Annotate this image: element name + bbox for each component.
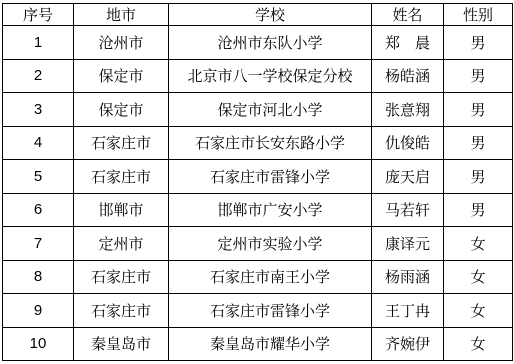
cell-city: 邯郸市 [74, 193, 169, 227]
cell-seq: 7 [3, 227, 74, 261]
cell-gender: 男 [444, 126, 513, 160]
cell-seq: 6 [3, 193, 74, 227]
cell-seq: 2 [3, 59, 74, 93]
cell-name: 杨雨涵 [372, 260, 444, 294]
table-row: 3 保定市 保定市河北小学 张意翔 男 [3, 93, 513, 127]
cell-school: 石家庄市长安东路小学 [169, 126, 372, 160]
cell-seq: 10 [3, 327, 74, 361]
cell-name: 马若轩 [372, 193, 444, 227]
cell-school: 石家庄市雷锋小学 [169, 294, 372, 328]
cell-name: 庞天启 [372, 160, 444, 194]
header-name: 姓名 [372, 4, 444, 26]
header-school: 学校 [169, 4, 372, 26]
table-header-row: 序号 地市 学校 姓名 性别 [3, 4, 513, 26]
header-gender: 性别 [444, 4, 513, 26]
cell-school: 北京市八一学校保定分校 [169, 59, 372, 93]
table-row: 9 石家庄市 石家庄市雷锋小学 王丁冉 女 [3, 294, 513, 328]
cell-gender: 男 [444, 59, 513, 93]
cell-gender: 女 [444, 260, 513, 294]
cell-school: 保定市河北小学 [169, 93, 372, 127]
page: 序号 地市 学校 姓名 性别 1 沧州市 沧州市东队小学 郑 晨 男 2 保定市… [0, 0, 514, 364]
cell-city: 保定市 [74, 59, 169, 93]
cell-city: 秦皇岛市 [74, 327, 169, 361]
cell-school: 石家庄市南王小学 [169, 260, 372, 294]
cell-city: 定州市 [74, 227, 169, 261]
cell-gender: 女 [444, 294, 513, 328]
table-row: 1 沧州市 沧州市东队小学 郑 晨 男 [3, 26, 513, 60]
cell-gender: 男 [444, 93, 513, 127]
cell-city: 石家庄市 [74, 260, 169, 294]
cell-school: 石家庄市雷锋小学 [169, 160, 372, 194]
table-row: 2 保定市 北京市八一学校保定分校 杨皓涵 男 [3, 59, 513, 93]
cell-city: 沧州市 [74, 26, 169, 60]
student-roster-table: 序号 地市 学校 姓名 性别 1 沧州市 沧州市东队小学 郑 晨 男 2 保定市… [2, 3, 513, 361]
cell-name: 王丁冉 [372, 294, 444, 328]
cell-name: 杨皓涵 [372, 59, 444, 93]
cell-city: 保定市 [74, 93, 169, 127]
cell-city: 石家庄市 [74, 126, 169, 160]
cell-name: 齐婉伊 [372, 327, 444, 361]
table-row: 5 石家庄市 石家庄市雷锋小学 庞天启 男 [3, 160, 513, 194]
cell-name: 郑 晨 [372, 26, 444, 60]
cell-city: 石家庄市 [74, 294, 169, 328]
cell-seq: 3 [3, 93, 74, 127]
cell-seq: 5 [3, 160, 74, 194]
cell-gender: 男 [444, 160, 513, 194]
header-seq: 序号 [3, 4, 74, 26]
table-row: 10 秦皇岛市 秦皇岛市耀华小学 齐婉伊 女 [3, 327, 513, 361]
cell-school: 秦皇岛市耀华小学 [169, 327, 372, 361]
cell-name: 仇俊皓 [372, 126, 444, 160]
cell-seq: 4 [3, 126, 74, 160]
table-row: 4 石家庄市 石家庄市长安东路小学 仇俊皓 男 [3, 126, 513, 160]
table-row: 6 邯郸市 邯郸市广安小学 马若轩 男 [3, 193, 513, 227]
cell-seq: 1 [3, 26, 74, 60]
cell-gender: 女 [444, 327, 513, 361]
cell-name: 张意翔 [372, 93, 444, 127]
cell-school: 沧州市东队小学 [169, 26, 372, 60]
cell-name: 康译元 [372, 227, 444, 261]
cell-gender: 男 [444, 193, 513, 227]
cell-city: 石家庄市 [74, 160, 169, 194]
cell-seq: 8 [3, 260, 74, 294]
cell-school: 邯郸市广安小学 [169, 193, 372, 227]
header-city: 地市 [74, 4, 169, 26]
cell-gender: 男 [444, 26, 513, 60]
cell-seq: 9 [3, 294, 74, 328]
cell-school: 定州市实验小学 [169, 227, 372, 261]
table-row: 7 定州市 定州市实验小学 康译元 女 [3, 227, 513, 261]
cell-gender: 女 [444, 227, 513, 261]
table-row: 8 石家庄市 石家庄市南王小学 杨雨涵 女 [3, 260, 513, 294]
